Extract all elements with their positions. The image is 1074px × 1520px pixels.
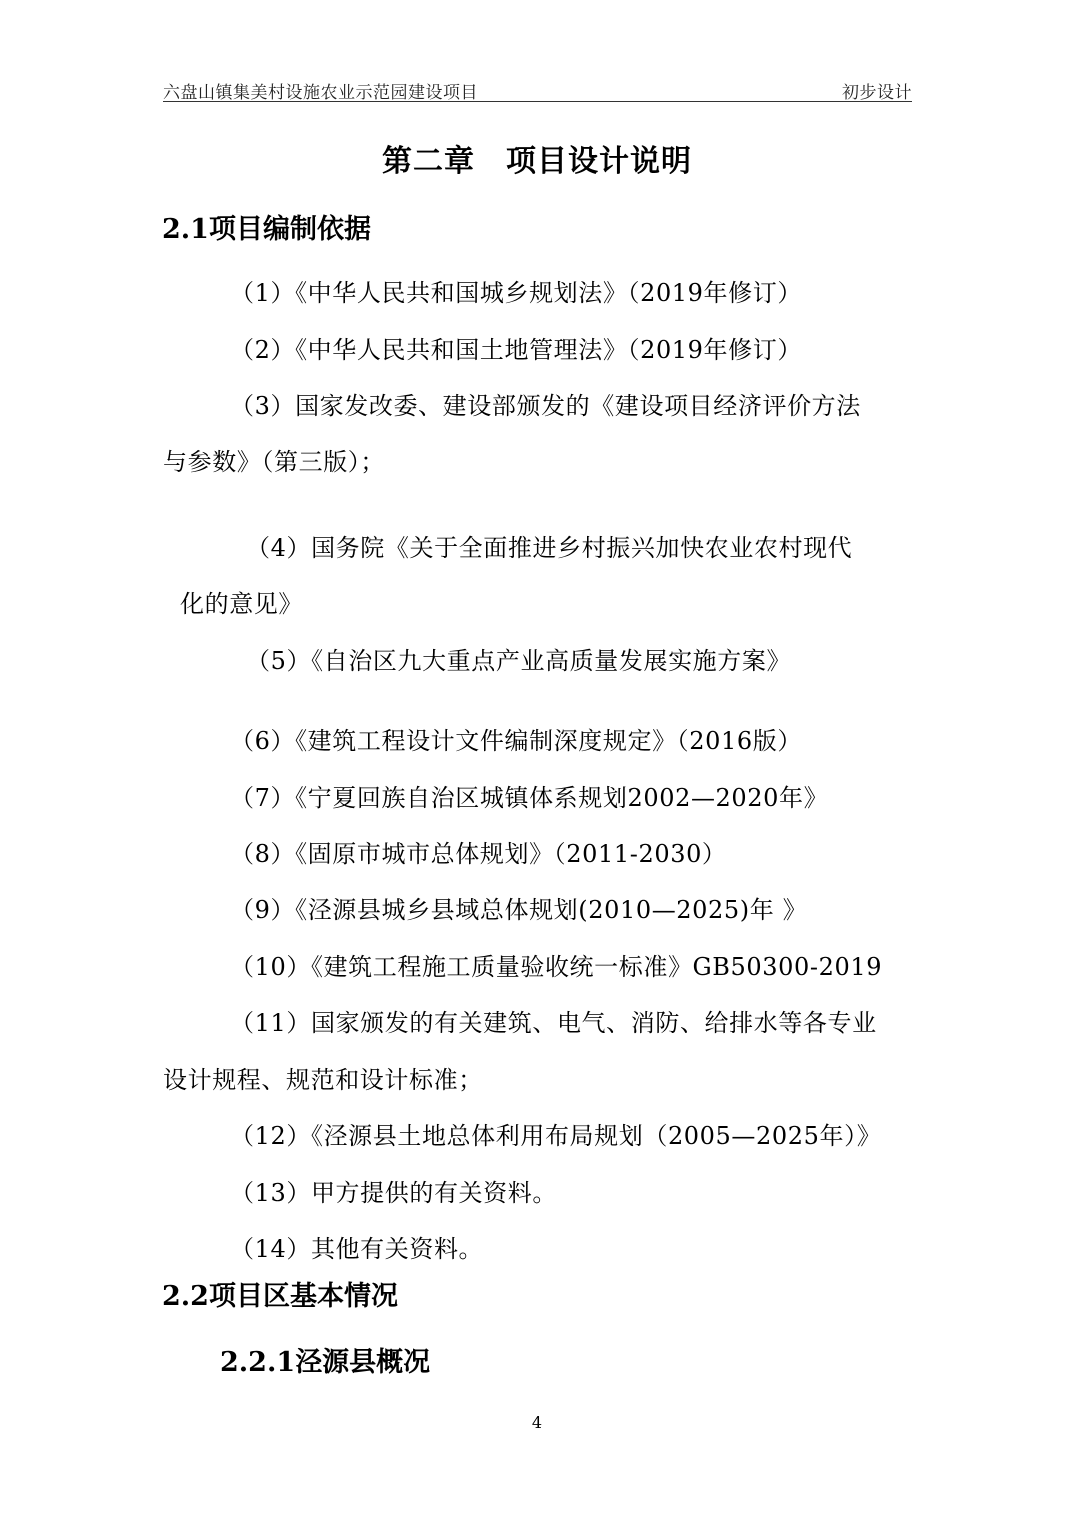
header-project-title: 六盘山镇集美村设施农业示范园建设项目 — [163, 78, 478, 103]
reference-item-5: （5）《自治区九大重点产业高质量发展实施方案》 — [246, 641, 791, 676]
reference-item-4-cont: 化的意见》 — [180, 584, 303, 619]
reference-item-11: （11）国家颁发的有关建筑、电气、消防、给排水等各专业 — [230, 1003, 877, 1038]
section-heading-2-1: 2.1项目编制依据 — [162, 207, 371, 246]
header-doc-type: 初步设计 — [842, 78, 912, 103]
reference-item-12: （12）《泾源县土地总体利用布局规划（2005—2025年）》 — [230, 1116, 881, 1151]
reference-item-7: （7）《宁夏回族自治区城镇体系规划2002—2020年》 — [230, 778, 828, 813]
reference-item-3: （3）国家发改委、建设部颁发的《建设项目经济评价方法 — [230, 386, 861, 421]
chapter-title: 第二章 项目设计说明 — [0, 136, 1074, 180]
reference-item-10: （10）《建筑工程施工质量验收统一标准》GB50300-2019 — [230, 947, 882, 982]
reference-item-2: （2）《中华人民共和国土地管理法》（2019年修订） — [230, 330, 802, 365]
page-number: 4 — [0, 1413, 1074, 1432]
reference-item-11-cont: 设计规程、规范和设计标准； — [163, 1060, 483, 1095]
reference-item-3-cont: 与参数》（第三版）； — [163, 442, 385, 477]
reference-item-13: （13）甲方提供的有关资料。 — [230, 1173, 557, 1208]
page-header: 六盘山镇集美村设施农业示范园建设项目 初步设计 — [163, 76, 912, 102]
section-heading-2-2: 2.2项目区基本情况 — [162, 1274, 398, 1313]
reference-item-9: （9）《泾源县城乡县域总体规划(2010—2025)年 》 — [230, 890, 807, 925]
subsection-heading-2-2-1: 2.2.1泾源县概况 — [220, 1340, 430, 1379]
reference-item-8: （8）《固原市城市总体规划》（2011-2030） — [230, 834, 727, 869]
reference-item-1: （1）《中华人民共和国城乡规划法》（2019年修订） — [230, 273, 802, 308]
reference-item-4: （4）国务院《关于全面推进乡村振兴加快农业农村现代 — [246, 528, 852, 563]
reference-item-14: （14）其他有关资料。 — [230, 1229, 483, 1264]
reference-item-6: （6）《建筑工程设计文件编制深度规定》（2016版） — [230, 721, 802, 756]
